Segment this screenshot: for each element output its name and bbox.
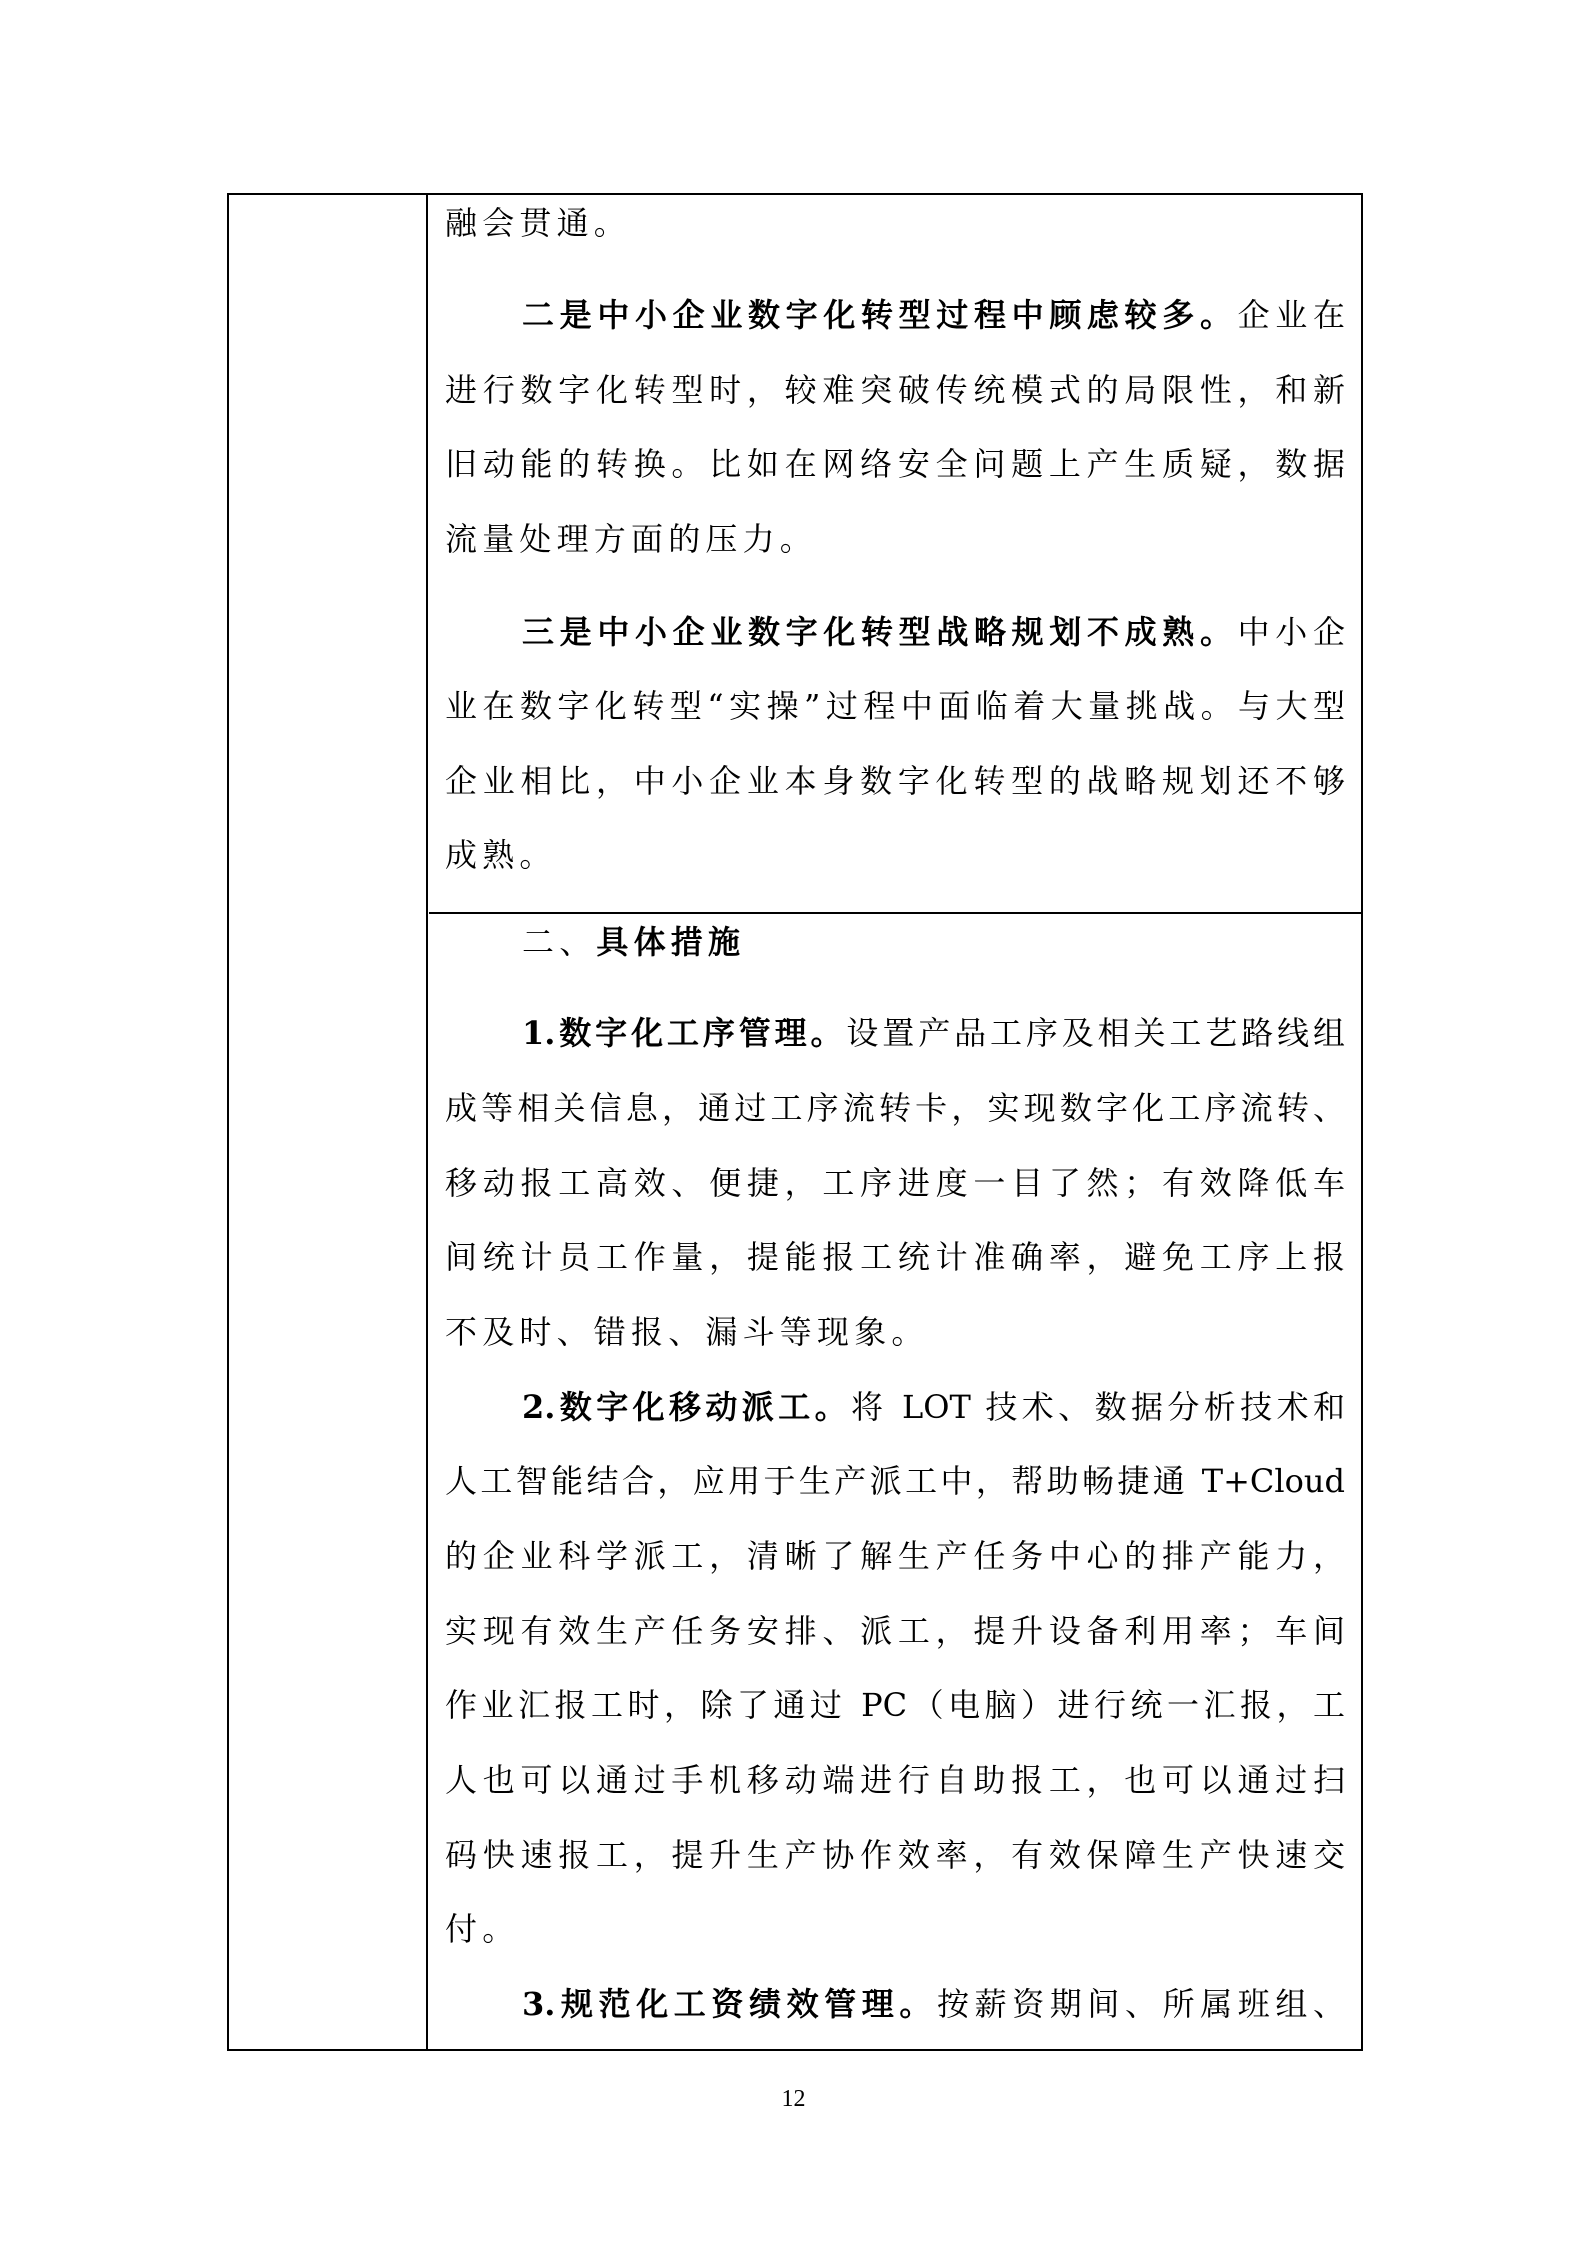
- body-text: 进行数字化转型时，较难突破传统模式的局限性，和新: [445, 371, 1345, 409]
- body-text: 中小企: [1238, 613, 1345, 651]
- body-text: 作业汇报工时，除了通过 PC（电脑）进行统一汇报，工: [445, 1686, 1345, 1724]
- paragraph-line: 流量处理方面的压力。: [445, 519, 1345, 559]
- bold-heading-text: 3.规范化工资绩效管理。: [522, 1985, 937, 2023]
- paragraph-line: 的企业科学派工，清晰了解生产任务中心的排产能力，: [445, 1536, 1345, 1576]
- body-text: 二、: [522, 923, 596, 961]
- bold-heading-text: 二是中小企业数字化转型过程中顾虑较多。: [522, 296, 1238, 334]
- body-text: 将 LOT 技术、数据分析技术和: [851, 1388, 1345, 1426]
- paragraph-line: 码快速报工，提升生产协作效率，有效保障生产快速交: [445, 1835, 1345, 1875]
- table-cell-challenges: 融会贯通。二是中小企业数字化转型过程中顾虑较多。企业在进行数字化转型时，较难突破…: [429, 195, 1361, 914]
- body-text: 移动报工高效、便捷，工序进度一目了然；有效降低车: [445, 1164, 1345, 1202]
- body-text: 间统计员工作量，提能报工统计准确率，避免工序上报: [445, 1238, 1345, 1276]
- paragraph-line: 作业汇报工时，除了通过 PC（电脑）进行统一汇报，工: [445, 1685, 1345, 1725]
- body-text: 按薪资期间、所属班组、: [937, 1985, 1345, 2023]
- body-text: 旧动能的转换。比如在网络安全问题上产生质疑，数据: [445, 445, 1345, 483]
- body-text: 的企业科学派工，清晰了解生产任务中心的排产能力，: [445, 1537, 1345, 1575]
- body-text: 业在数字化转型“实操”过程中面临着大量挑战。与大型: [445, 687, 1345, 725]
- paragraph-line: 人工智能结合，应用于生产派工中，帮助畅捷通 T+Cloud: [445, 1461, 1345, 1501]
- body-text: 码快速报工，提升生产协作效率，有效保障生产快速交: [445, 1836, 1345, 1874]
- paragraph-line: 不及时、错报、漏斗等现象。: [445, 1312, 1345, 1352]
- table-left-column-cell: [229, 195, 428, 2049]
- paragraph-first-line: 3.规范化工资绩效管理。按薪资期间、所属班组、: [522, 1984, 1345, 2024]
- paragraph-line: 实现有效生产任务安排、派工，提升设备利用率；车间: [445, 1611, 1345, 1651]
- paragraph-line: 成等相关信息，通过工序流转卡，实现数字化工序流转、: [445, 1088, 1345, 1128]
- body-text: 成等相关信息，通过工序流转卡，实现数字化工序流转、: [445, 1089, 1345, 1127]
- content-table: 融会贯通。二是中小企业数字化转型过程中顾虑较多。企业在进行数字化转型时，较难突破…: [227, 193, 1363, 2051]
- body-text: 付。: [445, 1910, 519, 1948]
- paragraph-line: 间统计员工作量，提能报工统计准确率，避免工序上报: [445, 1237, 1345, 1277]
- body-text: 流量处理方面的压力。: [445, 520, 817, 558]
- paragraph-line: 移动报工高效、便捷，工序进度一目了然；有效降低车: [445, 1163, 1345, 1203]
- body-text: 人工智能结合，应用于生产派工中，帮助畅捷通 T+Cloud: [445, 1462, 1345, 1500]
- bold-heading-text: 1.数字化工序管理。: [522, 1014, 846, 1052]
- body-text: 成熟。: [445, 836, 557, 874]
- paragraph-first-line: 2.数字化移动派工。将 LOT 技术、数据分析技术和: [522, 1387, 1345, 1427]
- bold-heading-text: 2.数字化移动派工。: [522, 1388, 851, 1426]
- body-text: 企业相比，中小企业本身数字化转型的战略规划还不够: [445, 762, 1345, 800]
- body-text: 企业在: [1238, 296, 1345, 334]
- paragraph-line: 业在数字化转型“实操”过程中面临着大量挑战。与大型: [445, 686, 1345, 726]
- bold-heading-text: 具体措施: [596, 923, 745, 961]
- paragraph-line: 进行数字化转型时，较难突破传统模式的局限性，和新: [445, 370, 1345, 410]
- paragraph-line: 旧动能的转换。比如在网络安全问题上产生质疑，数据: [445, 444, 1345, 484]
- paragraph-line: 付。: [445, 1909, 1345, 1949]
- table-cell-specific-measures: 二、具体措施1.数字化工序管理。设置产品工序及相关工艺路线组成等相关信息，通过工…: [429, 916, 1361, 2049]
- paragraph-first-line: 三是中小企业数字化转型战略规划不成熟。中小企: [522, 612, 1345, 652]
- paragraph-first-line: 1.数字化工序管理。设置产品工序及相关工艺路线组: [522, 1013, 1345, 1053]
- paragraph-first-line: 二是中小企业数字化转型过程中顾虑较多。企业在: [522, 295, 1345, 335]
- page-number: 12: [0, 2086, 1587, 2112]
- bold-heading-text: 三是中小企业数字化转型战略规划不成熟。: [522, 613, 1238, 651]
- body-text: 融会贯通。: [445, 204, 631, 242]
- paragraph-line: 企业相比，中小企业本身数字化转型的战略规划还不够: [445, 761, 1345, 801]
- paragraph-line: 成熟。: [445, 835, 1345, 875]
- body-text: 设置产品工序及相关工艺路线组: [846, 1014, 1345, 1052]
- paragraph-line: 融会贯通。: [445, 203, 1345, 243]
- body-text: 实现有效生产任务安排、派工，提升设备利用率；车间: [445, 1612, 1345, 1650]
- paragraph-first-line: 二、具体措施: [522, 922, 1345, 962]
- paragraph-line: 人也可以通过手机移动端进行自助报工，也可以通过扫: [445, 1760, 1345, 1800]
- body-text: 人也可以通过手机移动端进行自助报工，也可以通过扫: [445, 1761, 1345, 1799]
- body-text: 不及时、错报、漏斗等现象。: [445, 1313, 929, 1351]
